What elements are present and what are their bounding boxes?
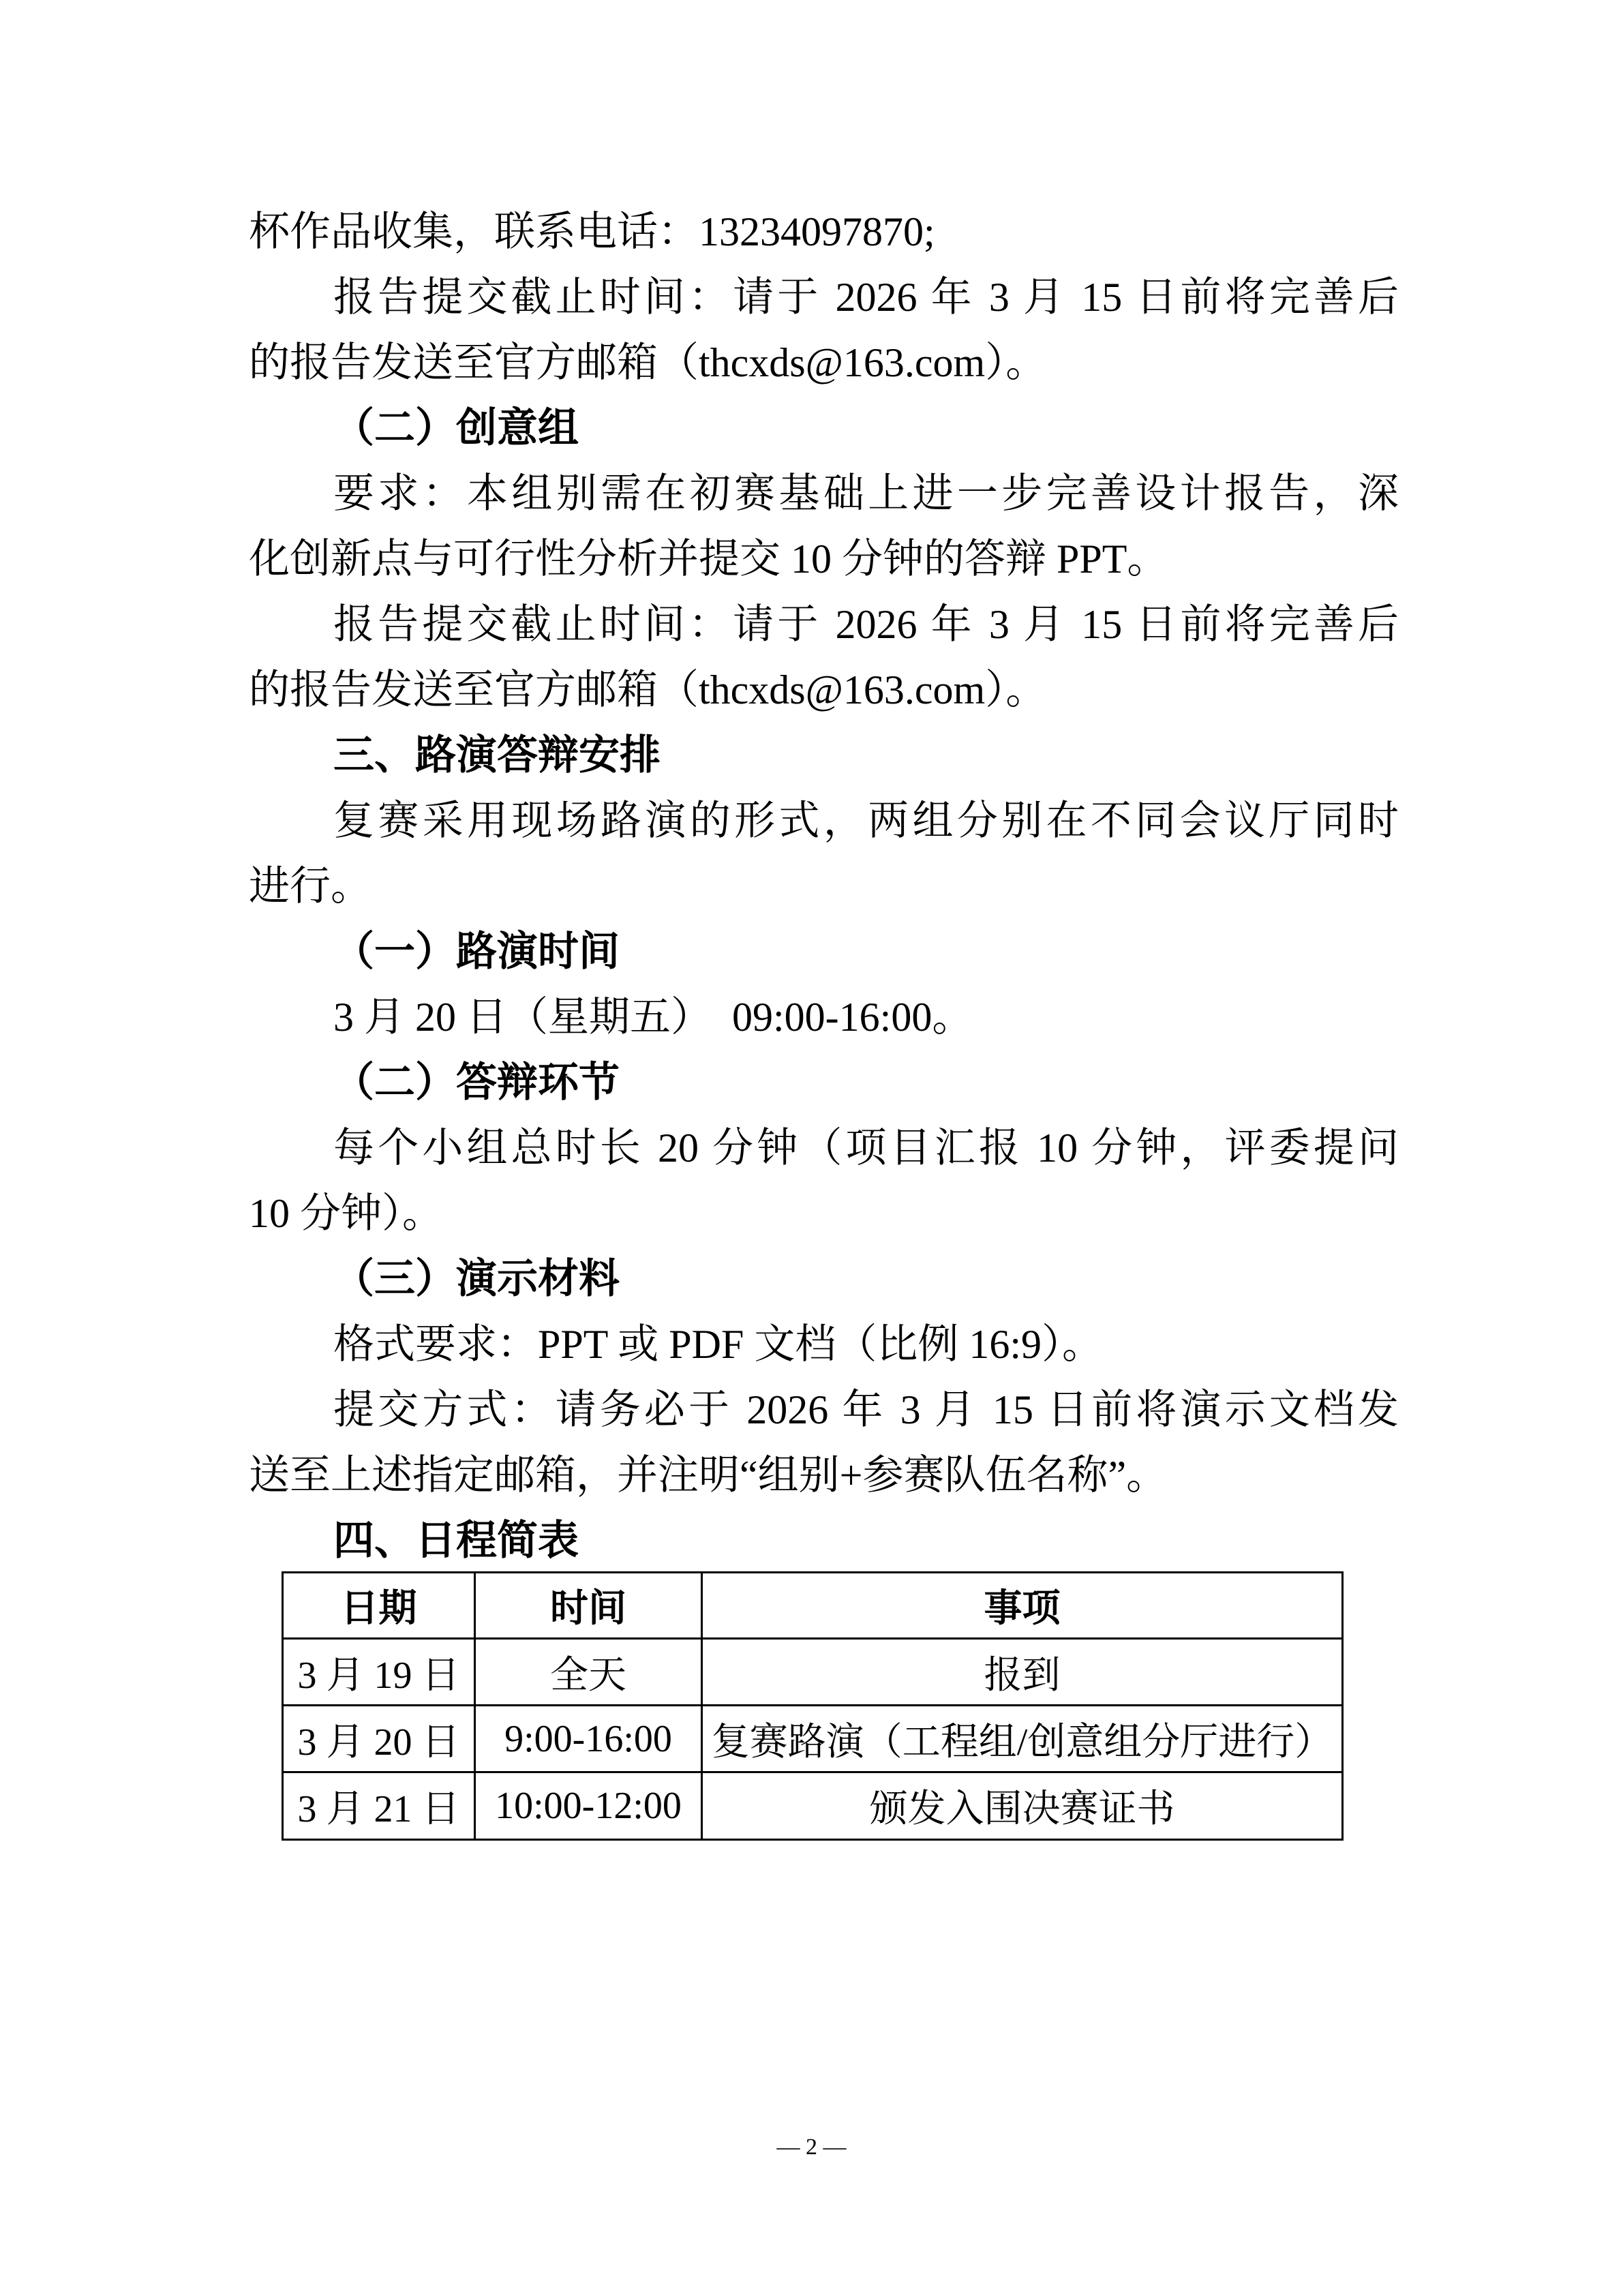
heading-schedule-table: 四、日程简表 <box>249 1508 1399 1573</box>
cell-date: 3 月 21 日 <box>283 1772 475 1840</box>
body-line: 的报告发送至官方邮箱（thcxds@163.com）。 <box>249 330 1399 395</box>
cell-time: 10:00-12:00 <box>475 1772 702 1840</box>
body-line: 报告提交截止时间：请于 2026 年 3 月 15 日前将完善后 <box>249 265 1399 330</box>
body-line: 的报告发送至官方邮箱（thcxds@163.com）。 <box>249 657 1399 723</box>
cell-event: 报到 <box>702 1639 1343 1706</box>
col-header-time: 时间 <box>475 1573 702 1639</box>
body-line: 每个小组总时长 20 分钟（项目汇报 10 分钟，评委提问 <box>249 1115 1399 1181</box>
body-line: 复赛采用现场路演的形式，两组分别在不同会议厅同时 <box>249 788 1399 854</box>
body-line: 送至上述指定邮箱，并注明“组别+参赛队伍名称”。 <box>249 1442 1399 1508</box>
table-row: 3 月 19 日 全天 报到 <box>283 1639 1343 1706</box>
col-header-event: 事项 <box>702 1573 1343 1639</box>
cell-time: 9:00-16:00 <box>475 1706 702 1772</box>
body-line: 3 月 20 日（星期五） 09:00-16:00。 <box>249 984 1399 1050</box>
cell-time: 全天 <box>475 1639 702 1706</box>
heading-roadshow-arrangement: 三、路演答辩安排 <box>249 723 1399 788</box>
heading-defense-session: （二）答辩环节 <box>249 1050 1399 1115</box>
body-line: 提交方式：请务必于 2026 年 3 月 15 日前将演示文档发 <box>249 1377 1399 1442</box>
cell-event: 复赛路演（工程组/创意组分厅进行） <box>702 1706 1343 1772</box>
document-page: 杯作品收集，联系电话：13234097870; 报告提交截止时间：请于 2026… <box>0 0 1623 2296</box>
cell-event: 颁发入围决赛证书 <box>702 1772 1343 1840</box>
cell-date: 3 月 19 日 <box>283 1639 475 1706</box>
body-line: 10 分钟）。 <box>249 1181 1399 1246</box>
page-number: — 2 — <box>777 2134 847 2160</box>
body-line: 杯作品收集，联系电话：13234097870; <box>249 199 1399 265</box>
cell-date: 3 月 20 日 <box>283 1706 475 1772</box>
heading-creative-group: （二）创意组 <box>249 395 1399 461</box>
body-line: 进行。 <box>249 854 1399 919</box>
table-row: 3 月 21 日 10:00-12:00 颁发入围决赛证书 <box>283 1772 1343 1840</box>
heading-roadshow-time: （一）路演时间 <box>249 919 1399 984</box>
page-footer: — 2 — <box>0 2128 1623 2166</box>
schedule-table: 日期 时间 事项 3 月 19 日 全天 报到 3 月 20 日 9:00-16… <box>282 1571 1344 1841</box>
body-text: 杯作品收集，联系电话：13234097870; 报告提交截止时间：请于 2026… <box>249 199 1399 1573</box>
body-line: 报告提交截止时间：请于 2026 年 3 月 15 日前将完善后 <box>249 592 1399 657</box>
body-line: 化创新点与可行性分析并提交 10 分钟的答辩 PPT。 <box>249 526 1399 592</box>
table-row: 3 月 20 日 9:00-16:00 复赛路演（工程组/创意组分厅进行） <box>283 1706 1343 1772</box>
table-header-row: 日期 时间 事项 <box>283 1573 1343 1639</box>
col-header-date: 日期 <box>283 1573 475 1639</box>
body-line: 格式要求：PPT 或 PDF 文档（比例 16:9）。 <box>249 1312 1399 1377</box>
heading-presentation-material: （三）演示材料 <box>249 1246 1399 1312</box>
body-line: 要求：本组别需在初赛基础上进一步完善设计报告，深 <box>249 461 1399 526</box>
